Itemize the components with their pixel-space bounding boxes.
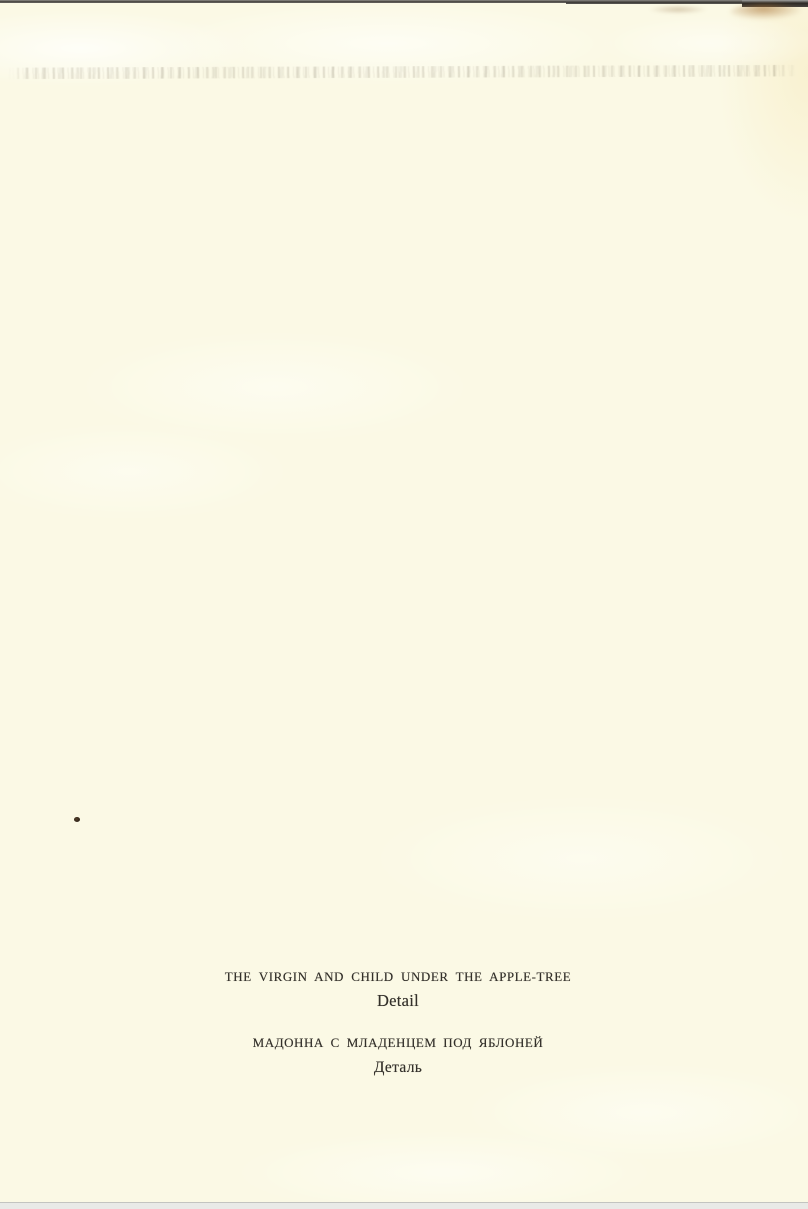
scan-top-edge-middle <box>566 0 742 4</box>
top-edge-smudge <box>648 5 708 14</box>
caption-subtitle-english: Detail <box>0 992 796 1010</box>
page-bottom-edge <box>0 1202 808 1209</box>
caption-block: THE VIRGIN AND CHILD UNDER THE APPLE-TRE… <box>0 969 796 1076</box>
show-through-speckle-band <box>8 65 798 80</box>
top-right-corner-stain <box>730 4 804 20</box>
caption-title-russian: МАДОННА С МЛАДЕНЦЕМ ПОД ЯБЛОНЕЙ <box>0 1035 796 1051</box>
caption-title-english: THE VIRGIN AND CHILD UNDER THE APPLE-TRE… <box>0 969 796 985</box>
scanned-book-page: THE VIRGIN AND CHILD UNDER THE APPLE-TRE… <box>0 0 808 1209</box>
caption-subtitle-russian: Деталь <box>0 1059 796 1076</box>
ink-speck <box>74 817 80 822</box>
scan-top-edge-left <box>0 0 566 3</box>
